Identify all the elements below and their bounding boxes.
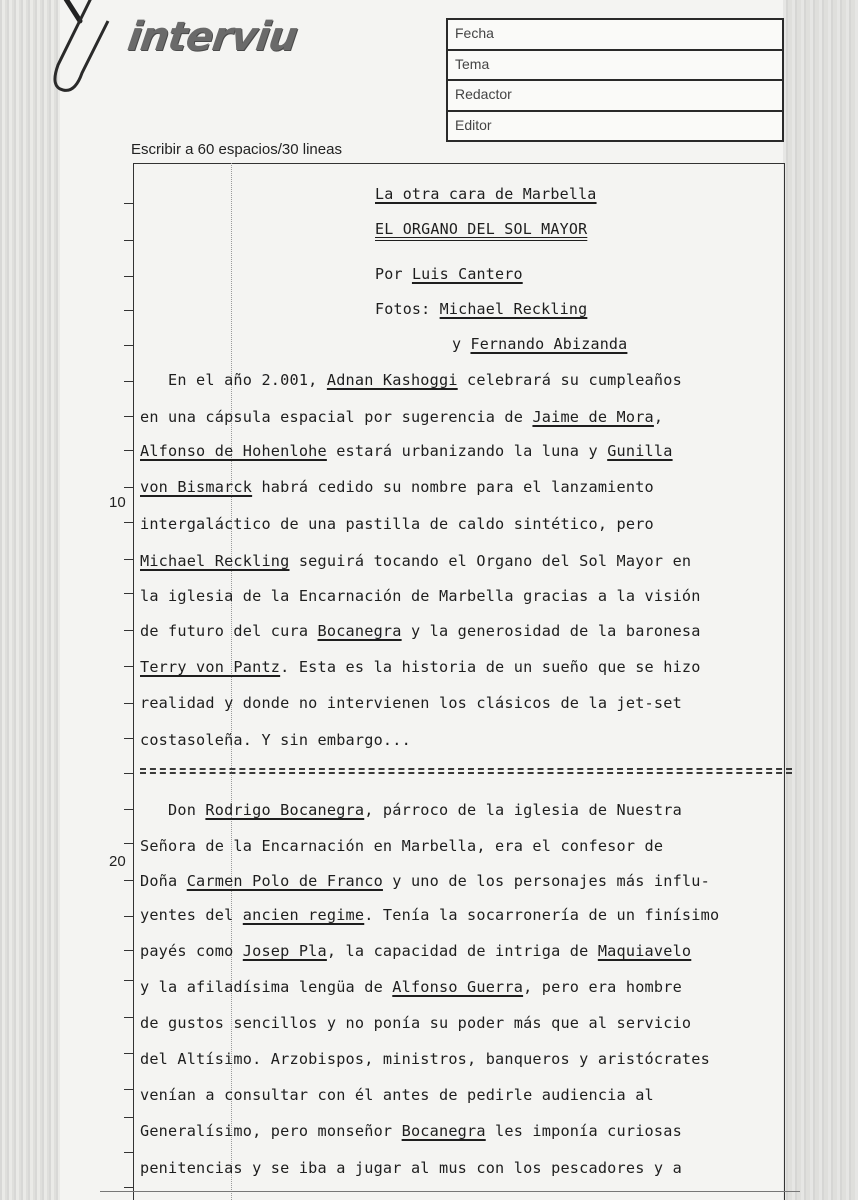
line-tick [124,522,134,523]
line-tick [124,980,134,981]
line-tick [124,1017,134,1018]
article-byline: Por Luis Cantero [375,265,523,283]
line-tick [124,416,134,417]
typed-line: von Bismarck habrá cedido su nombre para… [140,478,654,496]
article-kicker: La otra cara de Marbella [375,185,597,203]
line-tick [124,381,134,382]
line-number-10: 10 [109,494,126,511]
line-tick [124,809,134,810]
typed-line: En el año 2.001, Adnan Kashoggi celebrar… [140,371,682,389]
article-photo-credit: Fotos: Michael Reckling [375,300,587,318]
margin-guide [231,163,232,1200]
article-metadata-form: Fecha Tema Redactor Editor [446,18,784,142]
typed-line: yentes del ancien regime. Tenía la socar… [140,906,719,924]
line-tick [124,345,134,346]
typed-line: Señora de la Encarnación en Marbella, er… [140,837,663,855]
form-field-editor[interactable]: Editor [448,112,782,143]
line-tick [124,487,134,488]
typed-line: de gustos sencillos y no ponía su poder … [140,1014,691,1032]
section-separator [140,768,792,774]
line-tick [124,916,134,917]
line-tick [124,666,134,667]
line-tick [124,703,134,704]
typed-line: Terry von Pantz. Esta es la historia de … [140,658,701,676]
typed-line: Alfonso de Hohenlohe estará urbanizando … [140,442,673,460]
line-tick [124,450,134,451]
line-tick [124,559,134,560]
line-tick [124,593,134,594]
line-tick [124,630,134,631]
article-title: EL ORGANO DEL SOL MAYOR [375,220,587,238]
typing-instructions: Escribir a 60 espacios/30 lineas [131,141,342,158]
line-tick [124,1117,134,1118]
line-tick [124,843,134,844]
typed-line: la iglesia de la Encarnación de Marbella… [140,587,701,605]
typed-line: venían a consultar con él antes de pedir… [140,1086,654,1104]
typed-line: Generalísimo, pero monseñor Bocanegra le… [140,1122,682,1140]
typed-line: de futuro del cura Bocanegra y la genero… [140,622,701,640]
line-tick [124,310,134,311]
article-photo-credit-2: y Fernando Abizanda [452,335,627,353]
typed-line: costasoleña. Y sin embargo... [140,731,411,749]
form-field-tema[interactable]: Tema [448,51,782,82]
line-tick [124,1152,134,1153]
page-bottom-edge [100,1191,800,1192]
line-tick [124,1053,134,1054]
typed-line: penitencias y se iba a jugar al mus con … [140,1159,682,1177]
typed-line: Don Rodrigo Bocanegra, párroco de la igl… [140,801,682,819]
line-tick [124,276,134,277]
form-field-redactor[interactable]: Redactor [448,81,782,112]
brand-logo: interviu [125,14,300,60]
line-tick [124,203,134,204]
typed-line: en una cápsula espacial por sugerencia d… [140,408,663,426]
line-tick [124,773,134,774]
scan-texture-right [783,0,858,1200]
typed-line: realidad y donde no intervienen los clás… [140,694,682,712]
typed-line: Doña Carmen Polo de Franco y uno de los … [140,872,710,890]
typed-line: Michael Reckling seguirá tocando el Orga… [140,552,691,570]
line-tick [124,1187,134,1188]
typed-line: y la afiladísima lengüa de Alfonso Guerr… [140,978,682,996]
typed-line: intergaláctico de una pastilla de caldo … [140,515,654,533]
line-tick [124,738,134,739]
line-tick [124,880,134,881]
line-tick [124,950,134,951]
form-field-fecha[interactable]: Fecha [448,20,782,51]
typed-line: payés como Josep Pla, la capacidad de in… [140,942,691,960]
scan-texture-left [0,0,60,1200]
line-tick [124,1089,134,1090]
line-tick [124,240,134,241]
typed-line: del Altísimo. Arzobispos, ministros, ban… [140,1050,710,1068]
paperclip-icon [30,0,120,100]
line-number-20: 20 [109,853,126,870]
